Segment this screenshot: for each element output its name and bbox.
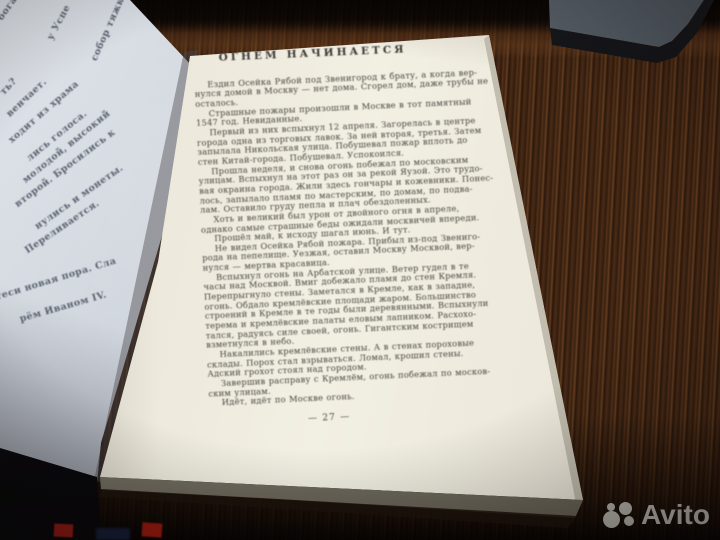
left-page-text-fragment: собор тяжко. У (89, 0, 136, 63)
photo-scene: богатства стран у Успе собор тяжко. У ть… (0, 0, 720, 540)
left-page-text-fragment: ть? (0, 76, 19, 97)
book-cover-red-detail (142, 522, 163, 537)
left-page-text-fragment: богатства стран (0, 0, 59, 23)
avito-logo-circle (619, 502, 632, 515)
book-cover-red-detail (54, 524, 74, 538)
page-number: — 27 — (186, 408, 473, 431)
left-page-text-fragment: рём Иваном IV. (18, 289, 107, 324)
page-text-block: ОГНЁМ НАЧИНАЕТСЯ Ездил Осейка Рябой под … (193, 42, 497, 429)
avito-watermark-label: Avito (641, 501, 710, 529)
avito-logo-icon (602, 499, 638, 532)
avito-logo-circle (624, 516, 634, 526)
avito-logo-circle (603, 511, 620, 528)
avito-logo-circle (607, 503, 615, 511)
left-page-text-fragment: у Успе (45, 3, 73, 42)
avito-watermark: Avito (602, 497, 710, 533)
book-cover-blue-detail (96, 528, 130, 540)
